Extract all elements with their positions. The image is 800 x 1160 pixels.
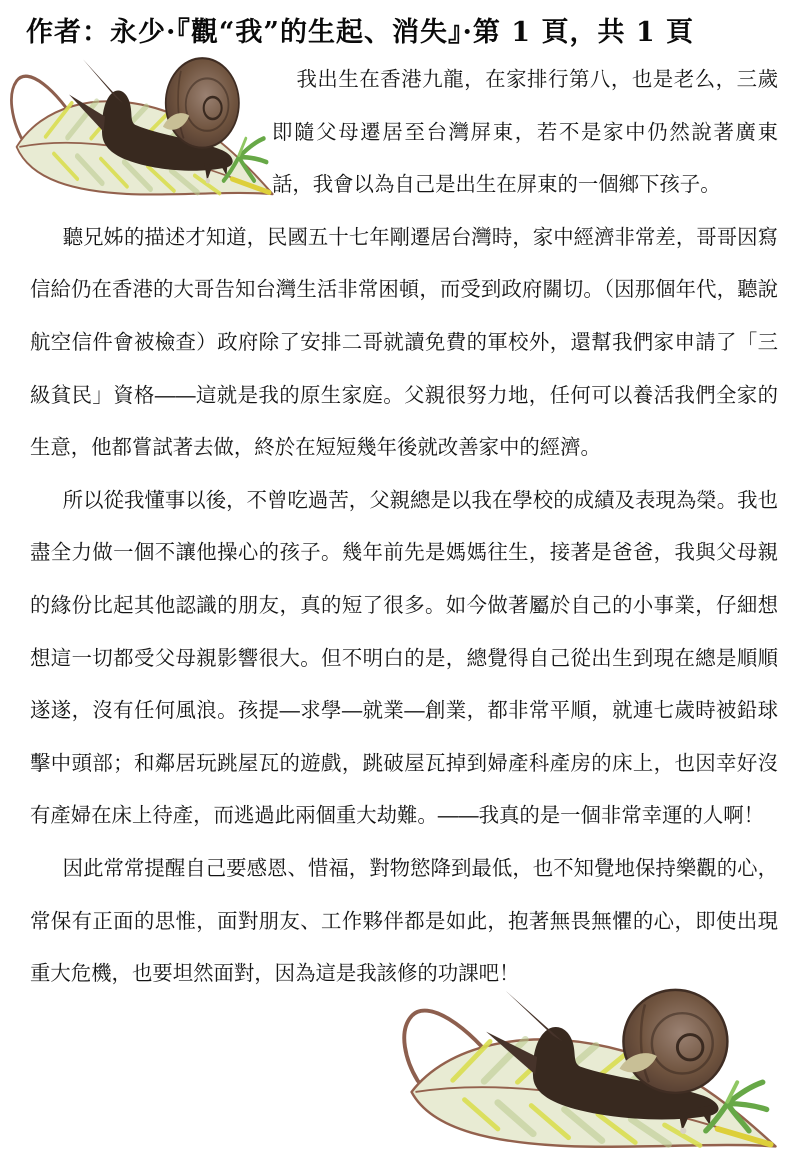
document-page: 作者：永少·『觀“我”的生起、消失』·第 1 頁，共 1 頁 我出生在香港九龍，… [0,0,800,1160]
snail-on-leaf-illustration-top [0,54,290,206]
paragraph-4: 因此常常提醒自己要感恩、惜福，對物慾降到最低，也不知覺地保持樂觀的心，常保有正面… [30,843,778,1001]
paragraph-1: 我出生在香港九龍，在家排行第八，也是老么，三歲即隨父母遷居至台灣屏東，若不是家中… [272,54,778,212]
paragraph-2: 聽兄姊的描述才知道，民國五十七年剛遷居台灣時，家中經濟非常差，哥哥因寫信給仍在香… [30,212,778,475]
paragraph-3: 所以從我懂事以後，不曾吃過苦，父親總是以我在學校的成績及表現為榮。我也盡全力做一… [30,475,778,843]
snail-on-leaf-illustration-bottom [388,985,800,1160]
page-header: 作者：永少·『觀“我”的生起、消失』·第 1 頁，共 1 頁 [0,0,800,54]
